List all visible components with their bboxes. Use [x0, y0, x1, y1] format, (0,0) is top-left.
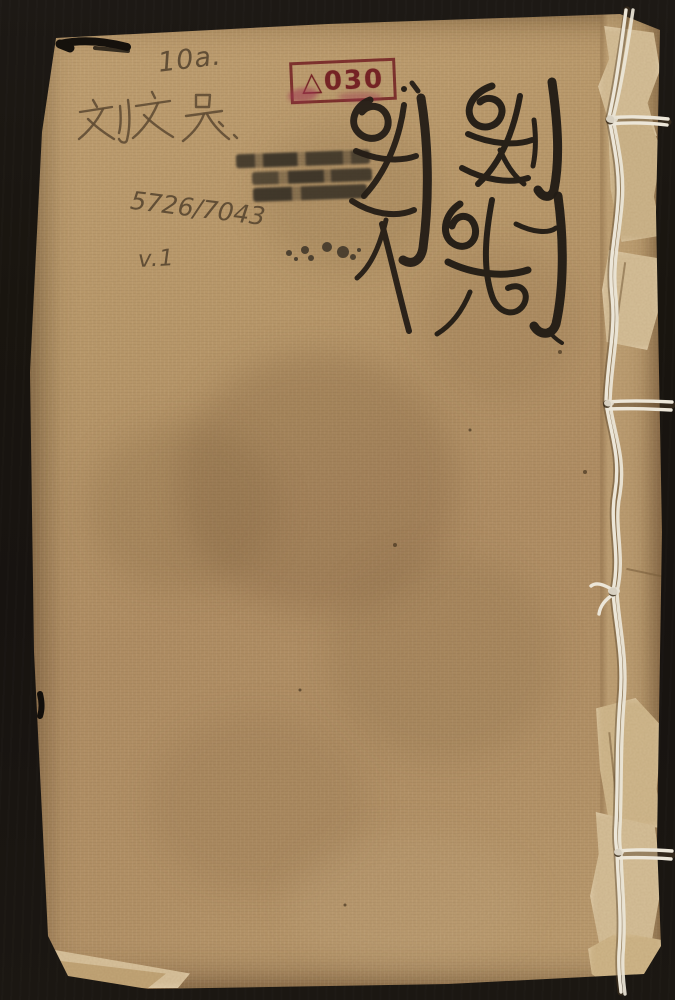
ink-dash-mark — [60, 41, 128, 51]
edge-ink-mark — [40, 694, 42, 716]
paper-specks — [299, 350, 588, 907]
calligraphy-liu-right-bottom — [437, 196, 562, 343]
calligraphy-liu-left — [352, 83, 427, 331]
faded-stamp-smudge-dots — [286, 242, 361, 261]
photo-stage: △030 10a. 5726/7043 v.1 — [0, 0, 675, 1000]
pencil-name-strokes — [79, 92, 237, 143]
binding-thread — [591, 10, 672, 994]
handwriting-and-thread-layer — [0, 0, 675, 1000]
